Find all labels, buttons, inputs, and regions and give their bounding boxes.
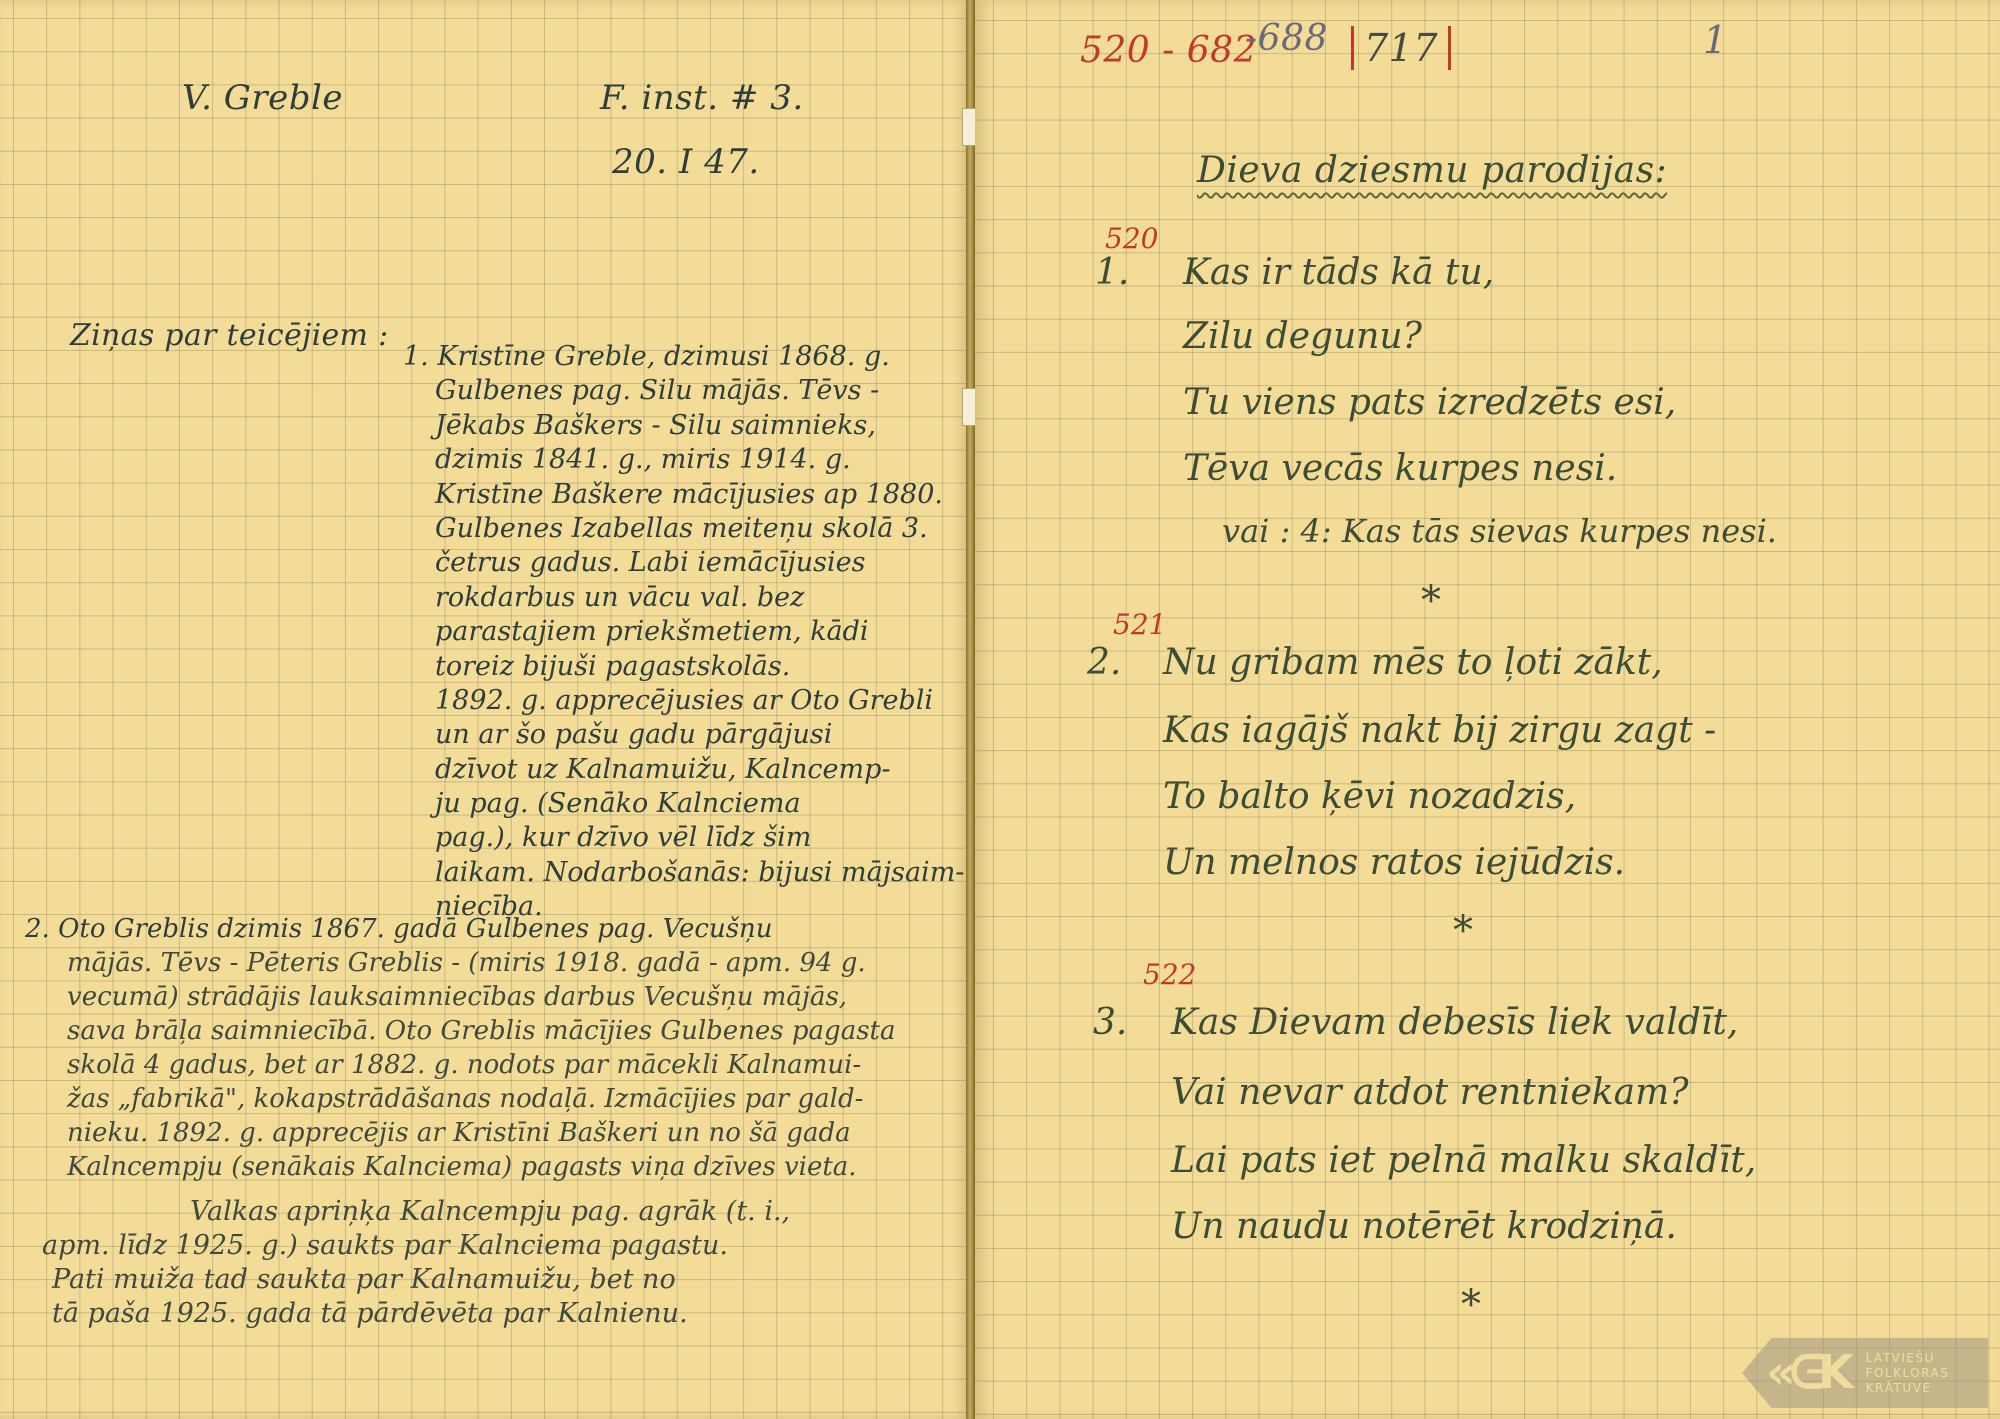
informant-1-line: pag.), kur dzīvo vēl līdz šim — [403, 821, 963, 855]
bracket-number-value: 717 — [1351, 26, 1451, 70]
informant-1-line: dzīvot uz Kalnamuižu, Kalncemp- — [403, 753, 963, 787]
footnote-line: Pati muiža tad saukta par Kalnamuižu, be… — [52, 1263, 960, 1297]
footnote-block: Valkas apriņķa Kalncempju pag. agrāk (t.… — [60, 1195, 960, 1331]
separator-asterisk: * — [1421, 578, 1441, 624]
informant-2-line: 2. Oto Greblis dzimis 1867. gadā Gulbene… — [25, 912, 965, 946]
catalog-number: 520 — [1105, 222, 1158, 255]
verse-line: Nu gribam mēs to ļoti zākt, — [1163, 642, 1663, 683]
footnote-line: tā paša 1925. gada tā pārdēvēta par Kaln… — [52, 1297, 960, 1331]
informant-2-block: 2. Oto Greblis dzimis 1867. gadā Gulbene… — [25, 912, 965, 1184]
page-number: 1 — [1703, 18, 1728, 62]
song-index: 1. — [1095, 252, 1129, 293]
informant-1-line: toreiz bijuši pagastskolās. — [403, 650, 963, 684]
informant-2-line: Kalncempju (senākais Kalnciema) pagasts … — [25, 1150, 965, 1184]
verse-line: Lai pats iet pelnā malku skaldīt, — [1171, 1140, 1756, 1181]
separator-asterisk: * — [1453, 908, 1473, 954]
informant-1-line: Gulbenes Izabellas meiteņu skolā 3. — [403, 512, 963, 546]
verse-line: To balto ķēvi nozadzis, — [1163, 776, 1576, 817]
separator-asterisk: * — [1461, 1282, 1481, 1328]
informant-1-line: Gulbenes pag. Silu mājās. Tēvs - — [403, 374, 963, 408]
informant-1-line: Kristīne Baškere mācījusies ap 1880. — [403, 478, 963, 512]
informant-1-line: rokdarbus un vācu val. bez — [403, 581, 963, 615]
catalog-range-pencil: -688 — [1245, 18, 1328, 59]
informant-1-line: četrus gadus. Labi iemācījusies — [403, 546, 963, 580]
informant-1-line: un ar šo pašu gadu pārgājusi — [403, 718, 963, 752]
verse-line: Kas iagājš nakt bij zirgu zagt - — [1163, 710, 1716, 751]
verse-line: Tu viens pats izredzēts esi, — [1183, 382, 1676, 423]
left-page: V. Greble F. inst. # 3. 20. I 47. Ziņas … — [0, 0, 968, 1419]
institution-label: F. inst. # 3. — [600, 78, 804, 118]
section-title: Ziņas par teicējiem : — [70, 318, 389, 353]
informant-1-line: parastajiem priekšmetiem, kādi — [403, 615, 963, 649]
record-date: 20. I 47. — [612, 142, 760, 182]
watermark-text: LATVIEŠU FOLKLORAS KRĀTUVE — [1866, 1351, 1950, 1396]
verse-line: Kas ir tāds kā tu, — [1183, 252, 1494, 293]
watermark-line: LATVIEŠU — [1866, 1351, 1950, 1366]
informant-2-line: nieku. 1892. g. apprecējis ar Kristīni B… — [25, 1116, 965, 1150]
verse-line: Un naudu notērēt krodziņā. — [1171, 1206, 1677, 1247]
footnote-line: Valkas apriņķa Kalncempju pag. agrāk (t.… — [60, 1195, 960, 1229]
informant-1-line: 1. Kristīne Greble, dzimusi 1868. g. — [403, 340, 963, 374]
verse-line: Vai nevar atdot rentniekam? — [1171, 1072, 1689, 1113]
watermark-line: KRĀTUVE — [1866, 1381, 1950, 1396]
watermark-line: FOLKLORAS — [1866, 1366, 1950, 1381]
notebook-spread: V. Greble F. inst. # 3. 20. I 47. Ziņas … — [0, 0, 2000, 1419]
bracket-number: 717 — [1351, 26, 1451, 70]
archive-watermark: «ᕮK LATVIEŠU FOLKLORAS KRĀTUVE — [1742, 1338, 1988, 1408]
variant-line: vai : 4: Kas tās sievas kurpes nesi. — [1222, 512, 1777, 550]
verse-line: Kas Dievam debesīs liek valdīt, — [1171, 1002, 1738, 1043]
informant-1-line: ju pag. (Senāko Kalnciema — [403, 787, 963, 821]
page-title: Dieva dziesmu parodijas: — [1197, 150, 1667, 191]
catalog-number: 521 — [1113, 608, 1166, 641]
informant-1-block: 1. Kristīne Greble, dzimusi 1868. g. Gul… — [403, 340, 963, 925]
informant-2-line: žas „fabrikā", kokapstrādāšanas nodaļā. … — [25, 1082, 965, 1116]
catalog-range-red: 520 - 682 — [1080, 30, 1257, 71]
song-index: 2. — [1087, 642, 1121, 683]
informant-1-line: dzimis 1841. g., miris 1914. g. — [403, 443, 963, 477]
informant-2-line: mājās. Tēvs - Pēteris Greblis - (miris 1… — [25, 946, 965, 980]
catalog-number: 522 — [1143, 958, 1196, 991]
song-index: 3. — [1093, 1002, 1127, 1043]
verse-line: Tēva vecās kurpes nesi. — [1183, 448, 1617, 489]
informant-2-line: skolā 4 gadus, bet ar 1882. g. nodots pa… — [25, 1048, 965, 1082]
informant-1-line: Jēkabs Baškers - Silu saimnieks, — [403, 409, 963, 443]
right-page: 520 - 682 -688 717 1 Dieva dziesmu parod… — [975, 0, 2000, 1419]
verse-line: Un melnos ratos iejūdzis. — [1163, 842, 1625, 883]
informant-2-line: sava brāļa saimniecībā. Oto Greblis mācī… — [25, 1014, 965, 1048]
informant-1-line: 1892. g. apprecējusies ar Oto Grebli — [403, 684, 963, 718]
informant-2-line: vecumā) strādājis lauksaimniecības darbu… — [25, 980, 965, 1014]
collector-name: V. Greble — [182, 78, 343, 118]
informant-1-line: laikam. Nodarbošanās: bijusi mājsaim- — [403, 856, 963, 890]
footnote-line: apm. līdz 1925. g.) saukts par Kalnciema… — [42, 1229, 960, 1263]
lfk-logo-icon: «ᕮK — [1766, 1345, 1848, 1401]
verse-line: Zilu degunu? — [1183, 316, 1422, 357]
